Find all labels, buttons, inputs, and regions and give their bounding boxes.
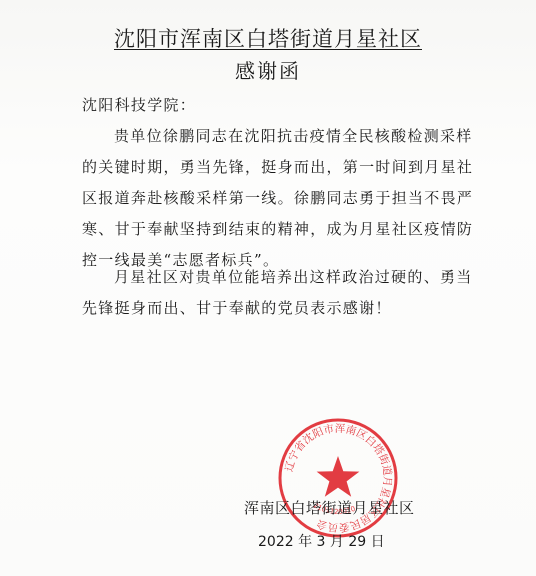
letter-page: 沈阳市浑南区白塔街道月星社区 感谢函 沈阳科技学院： 贵单位徐鹏同志在沈阳抗击疫… xyxy=(0,0,536,576)
letter-date: 2022 年 3 月 29 日 xyxy=(258,531,385,551)
paragraph-2: 月星社区对贵单位能培养出这样政治过硬的、勇当先锋挺身而出、甘于奉献的党员表示感谢… xyxy=(82,262,482,324)
letter-subtitle: 感谢函 xyxy=(0,58,536,84)
letter-header-title: 沈阳市浑南区白塔街道月星社区 xyxy=(0,26,536,52)
star-icon xyxy=(317,456,360,497)
official-seal: 辽宁省沈阳市浑南区白塔街道月星社区居民委员会 2101120010 xyxy=(276,416,400,540)
paragraph-1: 贵单位徐鹏同志在沈阳抗击疫情全民核酸检测采样的关键时期，勇当先锋，挺身而出，第一… xyxy=(82,121,482,276)
salutation: 沈阳科技学院： xyxy=(82,90,482,121)
issuer-name: 沈阳市浑南区白塔街道月星社区 xyxy=(114,27,422,51)
signature: 浑南区白塔街道月星社区 xyxy=(244,497,415,518)
